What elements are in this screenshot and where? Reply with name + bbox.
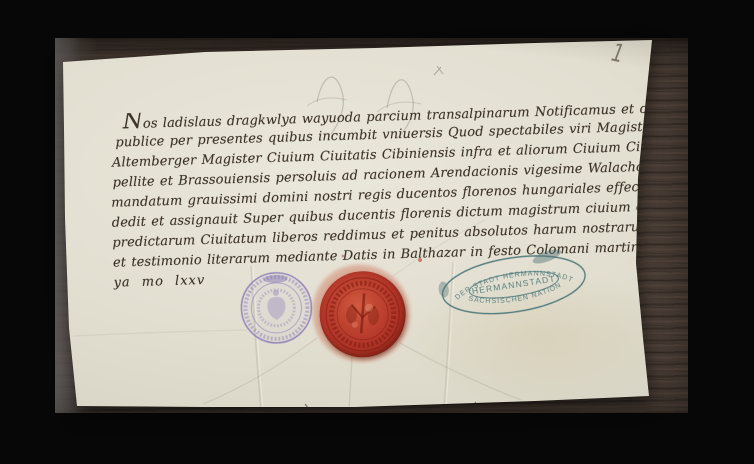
document-photo: 1 Nos ladislaus dragkwlya wayuoda parciu… bbox=[55, 38, 688, 413]
parchment-sheet: 1 Nos ladislaus dragkwlya wayuoda parciu… bbox=[55, 38, 688, 413]
page-number: 1 bbox=[609, 40, 626, 67]
document-content: 1 Nos ladislaus dragkwlya wayuoda parciu… bbox=[50, 29, 694, 423]
screenshot-canvas: 1 Nos ladislaus dragkwlya wayuoda parciu… bbox=[0, 0, 754, 464]
round-ink-stamp bbox=[236, 268, 316, 348]
parchment-shadow: 1 Nos ladislaus dragkwlya wayuoda parciu… bbox=[55, 38, 688, 413]
wax-seal-relief bbox=[317, 268, 409, 360]
wax-seal bbox=[318, 270, 407, 359]
